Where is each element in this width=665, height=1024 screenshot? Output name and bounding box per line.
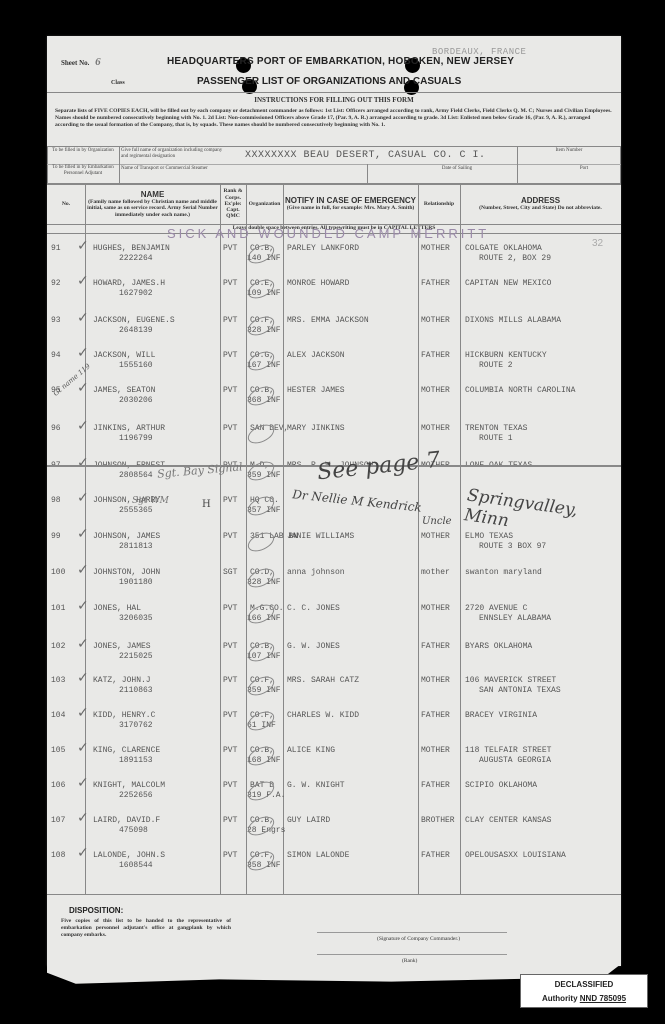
passenger-list-document: Sheet No. 6 Class BORDEAUX, FRANCE HEADQ… (47, 36, 621, 966)
serial-number: 2215025 (119, 652, 153, 661)
row-number: 99 (51, 532, 61, 541)
address-line1: ELMO TEXAS (465, 532, 513, 541)
checkmark-icon: ✓ (77, 273, 89, 289)
row-number: 106 (51, 781, 65, 790)
rank: PVT (223, 496, 237, 505)
emergency-contact: MRS. SARAH CATZ (287, 676, 359, 685)
org-name-value: XXXXXXXX BEAU DESERT, CASUAL CO. C I. (245, 150, 486, 161)
row-number: 102 (51, 642, 65, 651)
serial-number: 1555160 (119, 361, 153, 370)
row98-relationship-handwriting: Uncle (422, 516, 452, 527)
transport-label: Name of Transport or Commercial Steamer (119, 164, 229, 184)
passenger-name: KING, CLARENCE (93, 746, 160, 755)
passenger-name: HOWARD, JAMES.H (93, 279, 165, 288)
passenger-name: JINKINS, ARTHUR (93, 424, 165, 433)
emergency-contact: anna johnson (287, 568, 345, 577)
rank: PVT (223, 746, 237, 755)
divider (517, 146, 518, 164)
emergency-contact: MARY JINKINS (287, 424, 345, 433)
row98-mark: H (202, 499, 211, 510)
serial-number: 2648139 (119, 326, 153, 335)
table-row: 108LALONDE, JOHN.S1608544PVTCO.F,358 INF… (47, 851, 621, 886)
checkmark-icon: ✓ (77, 845, 89, 861)
divider (47, 92, 621, 93)
emergency-contact: GUY LAIRD (287, 816, 330, 825)
address-line1: OPELOUSASXX LOUISIANA (465, 851, 566, 860)
table-row: 91HUGHES, BENJAMIN2222264PVTCO.B,140 INF… (47, 244, 621, 279)
row-number: 104 (51, 711, 65, 720)
table-row: 96JINKINS, ARTHUR1196799PVTSAN DEV,MARY … (47, 424, 621, 459)
page-title: HEADQUARTERS PORT OF EMBARKATION, HOBOKE… (167, 56, 514, 67)
serial-number: 475098 (119, 826, 148, 835)
relationship: FATHER (421, 642, 450, 651)
relationship: MOTHER (421, 746, 450, 755)
divider (119, 146, 120, 184)
table-row: 104KIDD, HENRY.C3170762PVTCO.F,61 INFCHA… (47, 711, 621, 746)
sheet-value: 6 (95, 56, 101, 68)
checkmark-icon: ✓ (77, 636, 89, 652)
checkmark-icon: ✓ (77, 562, 89, 578)
row-number: 105 (51, 746, 65, 755)
divider (367, 164, 368, 184)
rank: PVT (223, 711, 237, 720)
rank: PVT (223, 532, 237, 541)
serial-number: 1891153 (119, 756, 153, 765)
divider (47, 894, 621, 895)
checkmark-icon: ✓ (77, 670, 89, 686)
passenger-name: KIDD, HENRY.C (93, 711, 155, 720)
emergency-contact: MONROE HOWARD (287, 279, 349, 288)
emergency-contact: JANIE WILLIAMS (287, 532, 354, 541)
serial-number: 2030206 (119, 396, 153, 405)
signature-label: (Signature of Company Commander.) (377, 936, 460, 942)
by-adjutant-label: To be filled in by Embarkation Personnel… (47, 164, 119, 184)
sheet-label: Sheet No. (61, 59, 89, 67)
serial-number: 3170762 (119, 721, 153, 730)
rank: PVT (223, 351, 237, 360)
passenger-name: LAIRD, DAVID.F (93, 816, 160, 825)
address-line1: SCIPIO OKLAHOMA (465, 781, 537, 790)
by-org-label: To be filled in by Organization (47, 146, 119, 164)
rank-label: (Rank) (402, 958, 417, 964)
rank: PVT (223, 604, 237, 613)
relationship: BROTHER (421, 816, 455, 825)
column-header-address: ADDRESS (Number, Street, City and State)… (460, 184, 621, 224)
row-number: 100 (51, 568, 65, 577)
rank: PVT (223, 386, 237, 395)
item-number-label: Item Number (517, 146, 621, 164)
table-row: 107LAIRD, DAVID.F475098PVTCO.B,28 EngrsG… (47, 816, 621, 851)
address-line1: 106 MAVERICK STREET (465, 676, 556, 685)
address-line2: ROUTE 3 BOX 97 (479, 542, 546, 551)
passenger-name: JOHNSON, JAMES (93, 532, 160, 541)
row-number: 94 (51, 351, 61, 360)
serial-number: 2252656 (119, 791, 153, 800)
relationship: MOTHER (421, 244, 450, 253)
emergency-contact: ALICE KING (287, 746, 335, 755)
row-number: 107 (51, 816, 65, 825)
column-header-name-sub: (Family name followed by Christian name … (85, 199, 220, 218)
checkmark-icon: ✓ (77, 418, 89, 434)
row-number: 108 (51, 851, 65, 860)
column-header-name: NAME (Family name followed by Christian … (85, 184, 220, 224)
disposition-text: Five copies of this list to be handed to… (61, 918, 231, 939)
table-row: 103KATZ, JOHN.J2110863PVTCO.F,359 INFMRS… (47, 676, 621, 711)
passenger-name: JONES, JAMES (93, 642, 151, 651)
port-label: Port (547, 166, 621, 176)
authority-line: Authority NND 785095 (521, 992, 647, 1006)
checkmark-icon: ✓ (77, 810, 89, 826)
address-line2: ROUTE 1 (479, 434, 513, 443)
address-line1: HICKBURN KENTUCKY (465, 351, 547, 360)
rank: PVT (223, 781, 237, 790)
rank-line (317, 954, 507, 955)
column-header-address-label: ADDRESS (521, 196, 560, 205)
relationship: FATHER (421, 351, 450, 360)
checkmark-icon: ✓ (77, 740, 89, 756)
emergency-contact: SIMON LALONDE (287, 851, 349, 860)
serial-number: 2811813 (119, 542, 153, 551)
emergency-contact: HESTER JAMES (287, 386, 345, 395)
table-row: 99JOHNSON, JAMES2811813PVT351 LAB BNJANI… (47, 532, 621, 567)
checkmark-icon: ✓ (77, 345, 89, 361)
row-number: 101 (51, 604, 65, 613)
org-name-label: Give full name of organization including… (119, 146, 229, 164)
row-number: 98 (51, 496, 61, 505)
relationship: FATHER (421, 279, 450, 288)
relationship: MOTHER (421, 676, 450, 685)
divider (47, 184, 621, 185)
passenger-name: HUGHES, BENJAMIN (93, 244, 170, 253)
table-row: 105KING, CLARENCE1891153PVTCO.B,168 INFA… (47, 746, 621, 781)
checkmark-icon: ✓ (77, 775, 89, 791)
column-header-notify-label: NOTIFY IN CASE OF EMERGENCY (285, 196, 416, 205)
instructions-title: INSTRUCTIONS FOR FILLING OUT THIS FORM (47, 96, 621, 104)
emergency-contact: CHARLES W. KIDD (287, 711, 359, 720)
table-row: 94JACKSON, WILL1555160PVTCO.G,167 INFALE… (47, 351, 621, 386)
column-header-notify: NOTIFY IN CASE OF EMERGENCY (Give name i… (283, 184, 418, 224)
authority-value: NND 785095 (580, 994, 626, 1003)
serial-number: 2555365 (119, 506, 153, 515)
address-line1: TRENTON TEXAS (465, 424, 527, 433)
relationship: FATHER (421, 711, 450, 720)
address-line1: swanton maryland (465, 568, 542, 577)
checkmark-icon: ✓ (77, 455, 89, 471)
table-row: 92HOWARD, JAMES.H1627902PVTCO.E,109 INFM… (47, 279, 621, 314)
row-number: 93 (51, 316, 61, 325)
rank: PVT (223, 676, 237, 685)
column-header-name-label: NAME (141, 190, 165, 199)
table-row: 102JONES, JAMES2215025PVTCO.B,107 INFG. … (47, 642, 621, 677)
emergency-contact: ALEX JACKSON (287, 351, 345, 360)
checkmark-icon: ✓ (77, 705, 89, 721)
address-line1: BRACEY VIRGINIA (465, 711, 537, 720)
date-sailing-label: Date of Sailing (407, 166, 507, 176)
serial-number: 1627902 (119, 289, 153, 298)
serial-number: 2110863 (119, 686, 153, 695)
table-row: 100JOHNSTON, JOHN1901180SGTCO.D,328 INFa… (47, 568, 621, 603)
row-number: 103 (51, 676, 65, 685)
address-line1: 118 TELFAIR STREET (465, 746, 551, 755)
emergency-contact: G. W. JONES (287, 642, 340, 651)
camp-stamp: SICK AND WOUNDED CAMP MERRITT (167, 226, 489, 241)
passenger-name: LALONDE, JOHN.S (93, 851, 165, 860)
rank: PVT (223, 642, 237, 651)
address-line2: SAN ANTONIA TEXAS (479, 686, 561, 695)
page-subtitle: PASSENGER LIST OF ORGANIZATIONS AND CASU… (197, 76, 461, 87)
column-header-organization: Organization (246, 184, 283, 224)
authority-label: Authority (542, 994, 578, 1003)
table-row: 93JACKSON, EUGENE.S2648139PVTCO.F,328 IN… (47, 316, 621, 351)
serial-number: 1901180 (119, 578, 153, 587)
declassified-label: DECLASSIFIED (521, 978, 647, 992)
table-row: 101JONES, HAL3206035PVTM.G.CO.166 INFC. … (47, 604, 621, 639)
checkmark-icon: ✓ (77, 526, 89, 542)
passenger-name: JONES, HAL (93, 604, 141, 613)
relationship: MOTHER (421, 316, 450, 325)
rank: PVT (223, 316, 237, 325)
relationship: MOTHER (421, 424, 450, 433)
column-header-relationship: Relationship (418, 184, 460, 224)
relationship: FATHER (421, 851, 450, 860)
address-line1: CLAY CENTER KANSAS (465, 816, 551, 825)
relationship: FATHER (421, 781, 450, 790)
address-line1: COLGATE OKLAHOMA (465, 244, 542, 253)
rank: PVT (223, 244, 237, 253)
serial-number: 2222264 (119, 254, 153, 263)
serial-number: 1608544 (119, 861, 153, 870)
table-row: 106KNIGHT, MALCOLM2252656PVTBAT D319 F.A… (47, 781, 621, 816)
rank: PVT (223, 816, 237, 825)
relationship: MOTHER (421, 386, 450, 395)
address-line1: BYARS OKLAHOMA (465, 642, 532, 651)
emergency-contact: MRS. EMMA JACKSON (287, 316, 369, 325)
checkmark-icon: ✓ (77, 490, 89, 506)
address-line2: ROUTE 2 (479, 361, 513, 370)
checkmark-icon: ✓ (77, 380, 89, 396)
relationship: mother (421, 568, 450, 577)
address-line1: CAPITAN NEW MEXICO (465, 279, 551, 288)
rank: PVT (223, 279, 237, 288)
column-header-no: No. (47, 184, 85, 224)
rank: PVT (223, 851, 237, 860)
checkmark-icon: ✓ (77, 598, 89, 614)
serial-number: 3206035 (119, 614, 153, 623)
passenger-name: JACKSON, EUGENE.S (93, 316, 175, 325)
table-row: 95JAMES, SEATON2030206PVTCO.B,368 INFHES… (47, 386, 621, 421)
emergency-contact: PARLEY LANKFORD (287, 244, 359, 253)
address-line1: 2720 AVENUE C (465, 604, 527, 613)
passenger-name: JOHNSTON, JOHN (93, 568, 160, 577)
passenger-name: JAMES, SEATON (93, 386, 155, 395)
passenger-name: KATZ, JOHN.J (93, 676, 151, 685)
declassified-stamp: DECLASSIFIED Authority NND 785095 (520, 974, 648, 1008)
class-label: Class (111, 80, 125, 86)
checkmark-icon: ✓ (77, 310, 89, 326)
divider (517, 164, 518, 184)
address-line2: AUGUSTA GEORGIA (479, 756, 551, 765)
serial-number: 2808564 (119, 471, 153, 480)
signature-line (317, 932, 507, 933)
row-number: 91 (51, 244, 61, 253)
column-header-address-sub: (Number, Street, City and State) Do not … (479, 205, 602, 211)
address-line2: ROUTE 2, BOX 29 (479, 254, 551, 263)
sheet-number: Sheet No. 6 (61, 56, 101, 68)
disposition-title: DISPOSITION: (69, 906, 123, 915)
rank: SGT (223, 568, 237, 577)
relationship: MOTHER (421, 604, 450, 613)
passenger-name: JACKSON, WILL (93, 351, 155, 360)
address-line1: DIXONS MILLS ALABAMA (465, 316, 561, 325)
instructions-text: Separate lists of FIVE COPIES EACH, will… (55, 108, 613, 129)
address-line1: COLUMBIA NORTH CAROLINA (465, 386, 575, 395)
column-header-notify-sub: (Give name in full, for example: Mrs. Ma… (287, 205, 415, 211)
column-header-rank: Rank & Corps. Ex'ple: Capt. QMC (220, 184, 246, 224)
serial-number: 1196799 (119, 434, 153, 443)
relationship: MOTHER (421, 532, 450, 541)
row97-serial-handwriting: Sgt WM (132, 496, 169, 506)
checkmark-icon: ✓ (77, 238, 89, 254)
address-line2: ENNSLEY ALABAMA (479, 614, 551, 623)
emergency-contact: C. C. JONES (287, 604, 340, 613)
emergency-contact: G. W. KNIGHT (287, 781, 345, 790)
row-number: 92 (51, 279, 61, 288)
rank: PVT (223, 424, 237, 433)
row-number: 96 (51, 424, 61, 433)
passenger-name: KNIGHT, MALCOLM (93, 781, 165, 790)
